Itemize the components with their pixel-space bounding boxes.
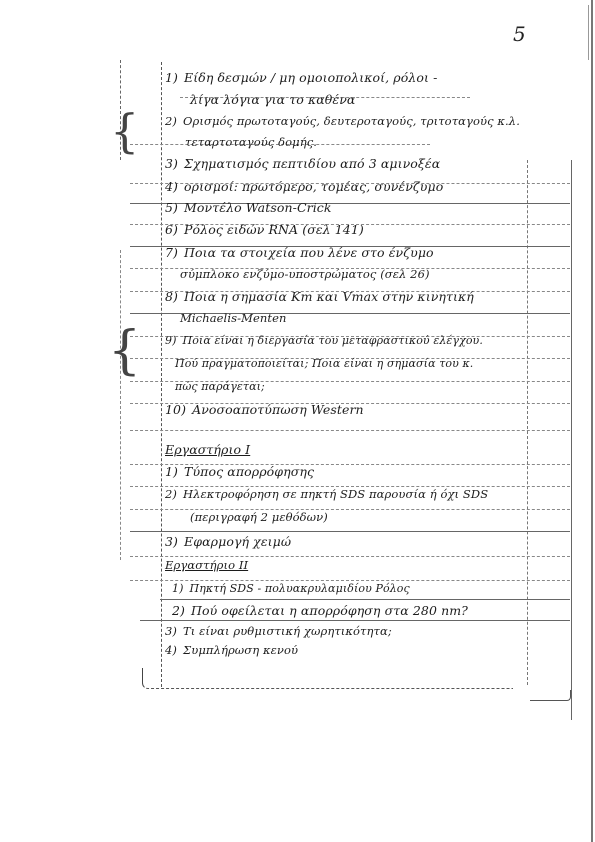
ruled-line [130,531,570,532]
list-item: 1)Είδη δεσμών / μη ομοιοπολικοί, ρόλοι - [165,70,437,85]
list-item: 4)Συμπλήρωση κενού [165,643,298,657]
list-item: 2)Πού οφείλεται η απορρόφηση στα 280 nm? [172,603,468,618]
list-item: 2)Ηλεκτροφόρηση σε πηκτή SDS παρουσία ή … [165,487,488,501]
ruled-line [140,620,570,621]
scanned-page: 5 { { 1)Είδη δεσμών / μη ομοιοπολικοί, ρ… [0,0,595,842]
list-item: 6)Ρόλος ειδών RNA (σελ 141) [165,222,364,237]
margin-bracket [120,250,121,560]
page-number: 5 [513,22,526,46]
list-item: 3)Τι είναι ρυθμιστική χωρητικότητα; [165,624,392,638]
list-item: 4)ορισμοί: πρωτόμερο, τομέας, συνένζυμο [165,179,443,194]
list-item: 8)Ποια η σημασία Km και Vmax στην κινητι… [165,289,474,304]
list-item-continuation: πώς παράγεται; [175,380,265,393]
list-item: 9)Ποια είναι η διεργασία του μεταφραστικ… [165,334,483,347]
list-item: 7)Ποια τα στοιχεία που λένε στο ένζυμο [165,245,434,260]
margin-rule [161,62,162,687]
list-item-continuation: Πού πραγματοποιείται; Ποια είναι η σημασ… [175,357,473,370]
list-item-continuation: (περιγραφή 2 μεθόδων) [190,510,328,524]
list-item: 5)Μοντέλο Watson-Crick [165,200,332,215]
curly-brace-mark: { [110,108,139,154]
list-item-continuation: Michaelis-Menten [180,311,287,325]
ruled-line [130,580,570,581]
ruled-line [130,556,570,557]
list-item-continuation: τεταρτοταγούς δομής. [185,135,317,149]
scan-edge-mark [588,5,589,60]
section-heading-lab-1: Εργαστήριο Ι [165,442,250,457]
list-item-continuation: λίγα λόγια για το καθένα [190,92,355,107]
list-item: 3)Εφαρμογή χειμώ [165,534,291,549]
list-item: 3)Σχηματισμός πεπτιδίου από 3 αμινοξέα [165,156,440,171]
bottom-bracket [530,690,571,701]
list-item: 10)Ανοσοαποτύπωση Western [165,402,364,417]
list-item-continuation: σύμπλοκο ενζύμο-υποστρώματος (σελ 26) [180,267,430,281]
ruled-line [160,599,570,600]
curly-brace-mark: { [108,325,141,377]
ruled-line [130,430,570,431]
right-border-rule [571,160,572,720]
list-item: 2)Ορισμός πρωτοταγούς, δευτεροταγούς, τρ… [165,114,520,128]
list-item: 1)Πηκτή SDS - πολυακρυλαμιδίου Ρόλος [172,582,410,595]
section-heading-lab-2: Εργαστήριο ΙΙ [165,558,248,572]
bottom-bracket [142,668,513,689]
list-item: 1)Τύπος απορρόφησης [165,464,314,479]
scan-edge [591,0,593,842]
column-rule [527,160,528,685]
